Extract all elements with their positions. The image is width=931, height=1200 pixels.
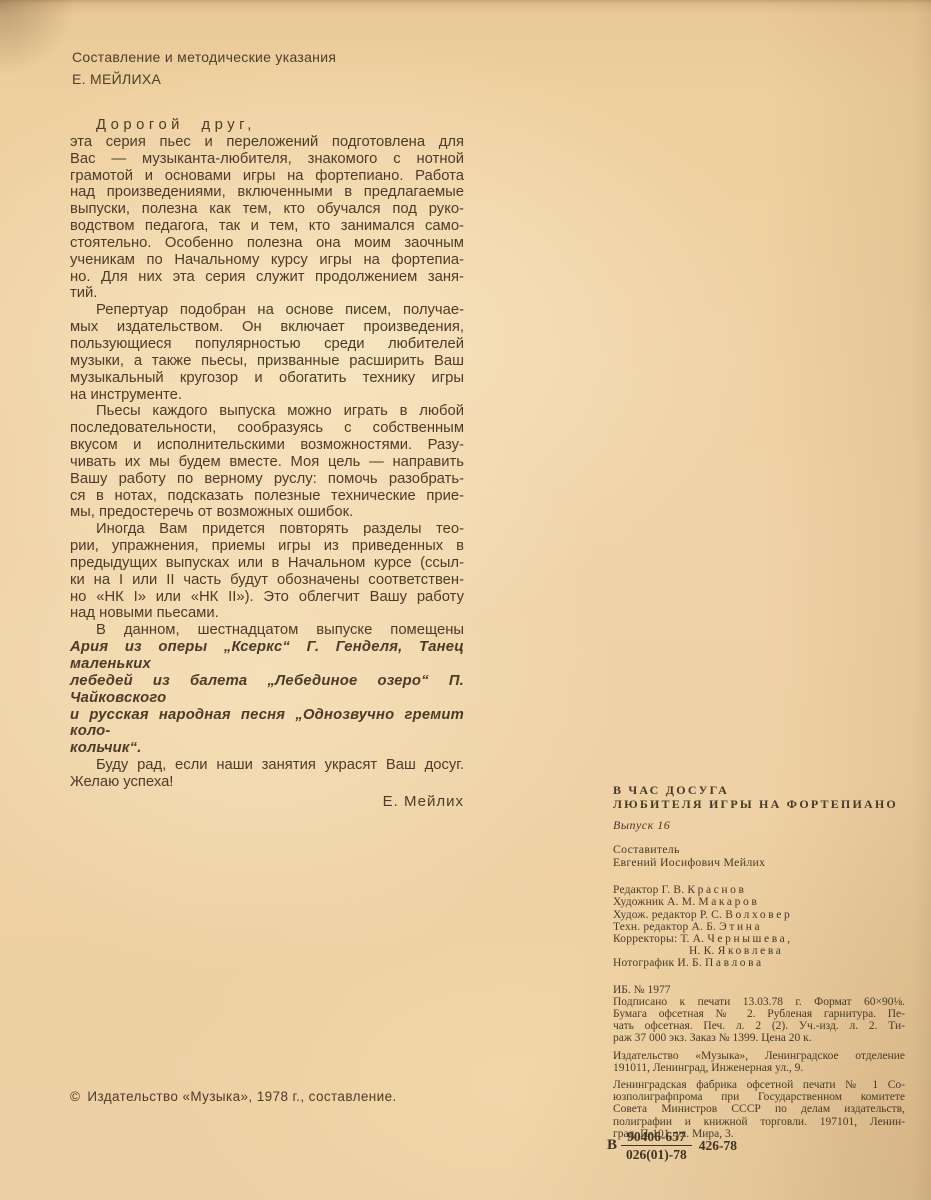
text-line: Буду рад, если наши занятия украсят Ваш … <box>70 757 464 774</box>
imprint-line: 191011, Ленинград, Инженерная ул., 9. <box>613 1062 905 1074</box>
introduction-column: Дорогой друг,эта серия пьес и переложени… <box>70 117 464 810</box>
text-line: мых издательством. Он включает произведе… <box>70 319 464 336</box>
text-line: ся в нотах, подсказать полезные техничес… <box>70 488 464 505</box>
introduction-text: Дорогой друг,эта серия пьес и переложени… <box>70 117 464 791</box>
series-title-line1: В ЧАС ДОСУГА <box>613 784 905 798</box>
imprint-details: ИБ. № 1977Подписано к печати 13.03.78 г.… <box>613 984 905 1140</box>
text-line: Ария из оперы „Ксеркс“ Г. Генделя, Танец… <box>70 639 464 673</box>
staff-line: Редактор Г. В. Краснов <box>613 884 905 896</box>
imprint-line: Подписано к печати 13.03.78 г. Формат 60… <box>613 996 905 1008</box>
text-line: последовательности, сообразуясь с собств… <box>70 420 464 437</box>
staff-line: Н. К. Яковлева <box>613 945 905 957</box>
text-line: Пьесы каждого выпуска можно играть в люб… <box>70 403 464 420</box>
imprint-line: Совета Министров СССР по делам издательс… <box>613 1103 905 1115</box>
imprint-line: юзполиграфпрома при Государственном коми… <box>613 1091 905 1103</box>
text-line: В данном, шестнадцатом выпуске помещены <box>70 622 464 639</box>
text-line: ки на I или II часть будут обозначены со… <box>70 572 464 589</box>
catalog-suffix: 426-78 <box>699 1138 737 1154</box>
text-line: кольчик“. <box>70 740 464 757</box>
text-line: но «НК I» или «НК II»). Это облегчит Ваш… <box>70 589 464 606</box>
editorial-staff: Редактор Г. В. КрасновХудожник А. М. Мак… <box>613 884 905 969</box>
text-line: грамотой и основами игры на фортепиано. … <box>70 168 464 185</box>
catalog-numerator: 90406-657 <box>621 1129 692 1146</box>
catalog-denominator: 026(01)-78 <box>621 1146 692 1162</box>
catalog-fraction: 90406-657 026(01)-78 <box>621 1129 692 1162</box>
copyright-line: ©Издательство «Музыка», 1978 г., составл… <box>70 1089 397 1104</box>
text-line: Вашу работу по верному руслу: помочь раз… <box>70 471 464 488</box>
compiler-label: Составитель <box>613 843 905 856</box>
imprint-block: Подписано к печати 13.03.78 г. Формат 60… <box>613 996 905 1045</box>
author-signature: Е. Мейлих <box>70 793 464 810</box>
text-line: но. Для них эта серия служит продолжение… <box>70 269 464 286</box>
text-line: Вас — музыканта-любителя, знакомого с но… <box>70 151 464 168</box>
text-line: на инструменте. <box>70 387 464 404</box>
text-line: чивать их мы будем вместе. Моя цель — на… <box>70 454 464 471</box>
imprint-line: Издательство «Музыка», Ленинградское отд… <box>613 1050 905 1062</box>
text-line: тий. <box>70 285 464 302</box>
text-line: Желаю успеха! <box>70 774 464 791</box>
compiler-note-line2: Е. МЕЙЛИХА <box>72 68 336 90</box>
series-title-line2: ЛЮБИТЕЛЯ ИГРЫ НА ФОРТЕПИАНО <box>613 798 905 812</box>
text-line: предыдущих выпусках или в Начальном курс… <box>70 555 464 572</box>
issue-number: Выпуск 16 <box>613 818 905 833</box>
colophon: В ЧАС ДОСУГА ЛЮБИТЕЛЯ ИГРЫ НА ФОРТЕПИАНО… <box>613 784 905 1140</box>
text-line: музыкальный кругозор и обогатить технику… <box>70 370 464 387</box>
imprint-block: Издательство «Музыка», Ленинградское отд… <box>613 1050 905 1074</box>
staff-line: Техн. редактор А. Б. Этина <box>613 921 905 933</box>
text-line: эта серия пьес и переложений подготовлен… <box>70 134 464 151</box>
text-line: музыки, а также пьесы, призванные расшир… <box>70 353 464 370</box>
text-line: над новыми пьесами. <box>70 605 464 622</box>
text-line: выпуски, полезна как тем, кто обучался п… <box>70 201 464 218</box>
series-title: В ЧАС ДОСУГА ЛЮБИТЕЛЯ ИГРЫ НА ФОРТЕПИАНО <box>613 784 905 811</box>
scanned-book-page: Составление и методические указания Е. М… <box>0 0 931 1200</box>
imprint-line: ИБ. № 1977 <box>613 984 905 996</box>
imprint-block: ИБ. № 1977 <box>613 984 905 996</box>
text-line: рии, упражнения, приемы игры из приведен… <box>70 538 464 555</box>
text-line: ученикам по Начальному курсу игры на фор… <box>70 252 464 269</box>
imprint-line: полиграфии и книжной торговли. 197101, Л… <box>613 1116 905 1128</box>
imprint-line: Ленинградская фабрика офсетной печати № … <box>613 1079 905 1091</box>
text-line: вкусом и исполнительскими возможностями.… <box>70 437 464 454</box>
text-line: мы, предостеречь от возможных ошибок. <box>70 504 464 521</box>
text-line: водством педагога, так и тем, кто занима… <box>70 218 464 235</box>
staff-line: Корректоры: Т. А. Чернышева, <box>613 933 905 945</box>
copyright-text: Издательство «Музыка», 1978 г., составле… <box>87 1089 396 1104</box>
staff-line: Худож. редактор Р. С. Волховер <box>613 909 905 921</box>
text-line: лебедей из балета „Лебединое озеро“ П. Ч… <box>70 673 464 707</box>
compiler-name: Евгений Иосифович Мейлих <box>613 856 905 869</box>
text-line: Дорогой друг, <box>70 117 464 134</box>
text-line: пользующиеся популярностью среди любител… <box>70 336 464 353</box>
text-line: Репертуар подобран на основе писем, полу… <box>70 302 464 319</box>
imprint-line: раж 37 000 экз. Заказ № 1399. Цена 20 к. <box>613 1032 905 1044</box>
compiler-note-line1: Составление и методические указания <box>72 46 336 68</box>
text-line: Иногда Вам придется повторять разделы те… <box>70 521 464 538</box>
compiler-block: Составитель Евгений Иосифович Мейлих <box>613 843 905 868</box>
text-line: стоятельно. Особенно полезна она моим за… <box>70 235 464 252</box>
text-line: над произведениями, включенными в предла… <box>70 184 464 201</box>
text-line: и русская народная песня „Однозвучно гре… <box>70 707 464 741</box>
staff-line: Художник А. М. Макаров <box>613 896 905 908</box>
imprint-line: Бумага офсетная № 2. Рубленая гарнитура.… <box>613 1008 905 1020</box>
compiler-note: Составление и методические указания Е. М… <box>72 46 336 90</box>
staff-line: Нотографик И. Б. Павлова <box>613 957 905 969</box>
copyright-icon: © <box>70 1089 80 1104</box>
catalog-index: В 90406-657 026(01)-78 426-78 <box>607 1129 737 1162</box>
catalog-prefix: В <box>607 1137 617 1154</box>
imprint-line: чать офсетная. Печ. л. 2 (2). Уч.-изд. л… <box>613 1020 905 1032</box>
